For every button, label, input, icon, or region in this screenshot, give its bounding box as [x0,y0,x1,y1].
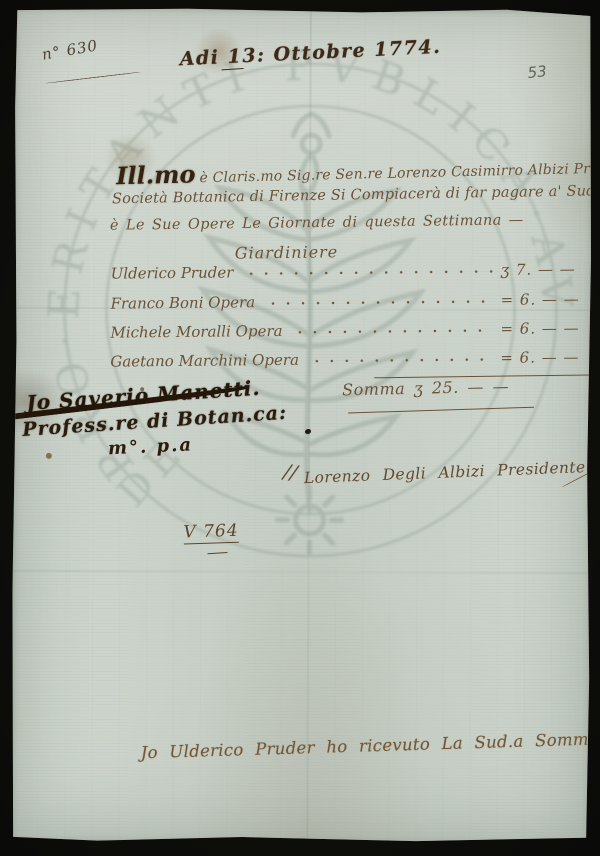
folio-number: 53 [527,62,548,82]
section-heading-giardiniere: Giardiniere [235,242,339,262]
sum-amount: ʒ 25. — — [414,377,510,398]
dotted-leader [290,326,492,333]
dotted-leader [307,355,492,362]
amount: ʒ 7. — — [501,260,600,279]
rust-speck [46,453,52,459]
manetti-signature-line-3: m°. p.a [107,434,193,459]
receipt-acknowledgement-line: Jo Ulderico Pruder ho ricevuto La Sud.a … [140,729,599,762]
amount: = 6. — — [500,348,600,367]
worker-name: Ulderico Pruder [111,263,234,282]
dotted-leader [263,297,492,304]
sum-label: Somma [342,379,405,399]
ink-speck-small [140,387,144,391]
document-page: PRO·ERITANTI PVBLICA·AV DE [10,7,594,846]
photo-background: PRO·ERITANTI PVBLICA·AV DE [0,0,600,856]
worker-name: Michele Moralli Opera [110,322,282,342]
amount: = 6. — — [500,290,600,309]
sum-line: Somma ʒ 25. — — [342,377,509,400]
amount: = 6. — — [500,319,600,338]
dotted-leader [241,267,492,274]
registry-number: V 764 [183,521,239,545]
worker-name: Franco Boni Opera [110,293,255,312]
worker-name: Gaetano Marchini Opera [110,351,299,371]
opening-abbreviation: Ill.mo [116,159,196,190]
